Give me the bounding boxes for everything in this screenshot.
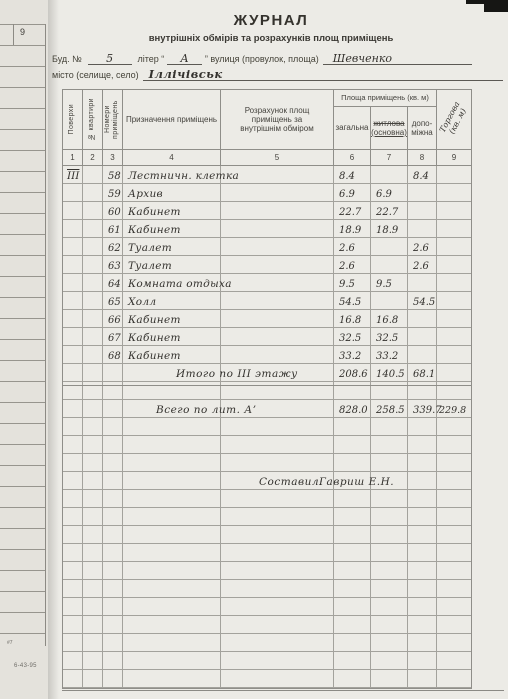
letter-field: А bbox=[167, 53, 202, 65]
header-area-group: Площа приміщень (кв. м) bbox=[334, 90, 437, 107]
table-row: III 58 Лестничн. клетка 8.4 8.4 bbox=[63, 166, 471, 184]
header-calculation: Розрахунок площ приміщень за внутрішнім … bbox=[221, 90, 334, 149]
table-row-empty bbox=[63, 382, 471, 400]
area-total: 32.5 bbox=[334, 332, 361, 345]
table-row: 64 Комната отдыха 9.5 9.5 bbox=[63, 274, 471, 292]
form-line-building: Буд. № 5 літер “ А ” вулиця (провулок, п… bbox=[52, 53, 472, 65]
table-row-empty bbox=[63, 670, 471, 688]
header-purpose-label: Призначення приміщень bbox=[126, 115, 217, 124]
table-row-empty bbox=[63, 652, 471, 670]
area-total: 2.6 bbox=[334, 242, 355, 255]
form-code: 6-43-95 bbox=[14, 663, 37, 669]
table-row: 61 Кабинет 18.9 18.9 bbox=[63, 220, 471, 238]
area-aux: 2.6 bbox=[408, 242, 429, 255]
col-num-8: 8 bbox=[408, 150, 437, 165]
compiled-by-name: Гавриш Е.Н. bbox=[319, 476, 394, 488]
room-number: 66 bbox=[103, 314, 121, 327]
city-label: місто (селище, село) bbox=[52, 70, 139, 81]
room-number: 64 bbox=[103, 278, 121, 291]
room-purpose: Туалет bbox=[123, 260, 172, 273]
page-number: 9 bbox=[20, 27, 25, 37]
table-row-empty bbox=[63, 436, 471, 454]
journal-title: ЖУРНАЛ bbox=[48, 12, 494, 29]
building-number-field: 5 bbox=[88, 53, 132, 65]
letter-label: літер “ bbox=[138, 54, 165, 65]
area-main: 6.9 bbox=[371, 188, 392, 201]
header-area-aux-label: допо-міжна bbox=[410, 119, 434, 137]
floor-value: III bbox=[63, 170, 79, 183]
area-total: 18.9 bbox=[334, 224, 361, 237]
table-row-empty bbox=[63, 490, 471, 508]
table-row-empty bbox=[63, 454, 471, 472]
col-num-2: 2 bbox=[83, 150, 103, 165]
area-main: 32.5 bbox=[371, 332, 398, 345]
area-aux: 2.6 bbox=[408, 260, 429, 273]
grand-total-label: Всего по лит. А’ bbox=[156, 404, 257, 416]
table-row-empty bbox=[63, 544, 471, 562]
room-number: 63 bbox=[103, 260, 121, 273]
table-row-empty bbox=[63, 418, 471, 436]
table-row: 62 Туалет 2.6 2.6 bbox=[63, 238, 471, 256]
area-total: 16.8 bbox=[334, 314, 361, 327]
header-room-label: Номери приміщень bbox=[104, 90, 120, 149]
room-purpose: Кабинет bbox=[123, 350, 181, 363]
header-trade-handwritten: Торгова(кв. м) bbox=[438, 100, 470, 138]
header-area-total-label: загальна bbox=[335, 123, 368, 132]
room-number: 67 bbox=[103, 332, 121, 345]
grand-total-trade: 229.8 bbox=[437, 404, 466, 417]
subtotal-main: 140.5 bbox=[371, 368, 405, 381]
col-num-7: 7 bbox=[371, 150, 408, 165]
header-area-living-label: житлова(основна) bbox=[371, 119, 407, 137]
living-main-label: (основна) bbox=[371, 128, 407, 137]
table-row: 63 Туалет 2.6 2.6 bbox=[63, 256, 471, 274]
header-area-total: загальна bbox=[334, 107, 371, 149]
street-value: Шевченко bbox=[333, 52, 392, 65]
header-floors: Поверхи bbox=[63, 90, 83, 149]
header-floors-label: Поверхи bbox=[68, 102, 76, 136]
room-purpose: Кабинет bbox=[123, 206, 181, 219]
table-row-empty bbox=[63, 508, 471, 526]
scan-corner-mark bbox=[484, 0, 508, 12]
area-main: 22.7 bbox=[371, 206, 398, 219]
room-purpose: Туалет bbox=[123, 242, 172, 255]
col-num-4: 4 bbox=[123, 150, 221, 165]
area-total: 33.2 bbox=[334, 350, 361, 363]
col-num-5: 5 bbox=[221, 150, 334, 165]
room-purpose: Холл bbox=[123, 296, 156, 309]
table-row-empty bbox=[63, 562, 471, 580]
col-num-3: 3 bbox=[103, 150, 123, 165]
header-apartment-label: № квартири bbox=[88, 96, 96, 142]
table-header: Поверхи № квартири Номери приміщень Приз… bbox=[63, 90, 471, 150]
area-aux: 8.4 bbox=[408, 170, 429, 183]
journal-page: ЖУРНАЛ внутрішніх обмірів та розрахунків… bbox=[48, 0, 508, 699]
area-total: 8.4 bbox=[334, 170, 355, 183]
header-room-number: Номери приміщень bbox=[103, 90, 123, 149]
page-bottom-edge bbox=[62, 690, 504, 691]
living-struck-label: житлова bbox=[373, 119, 404, 128]
table-row: 68 Кабинет 33.2 33.2 bbox=[63, 346, 471, 364]
journal-subtitle: внутрішніх обмірів та розрахунків площ п… bbox=[48, 33, 494, 44]
table-row: 67 Кабинет 32.5 32.5 bbox=[63, 328, 471, 346]
subtotal-label: Итого по III этажу bbox=[176, 368, 298, 380]
table-row-empty bbox=[63, 616, 471, 634]
underlying-grid-vline bbox=[45, 24, 46, 646]
room-number: 61 bbox=[103, 224, 121, 237]
underlying-grid-vline-small bbox=[13, 24, 14, 45]
form-line-city: місто (селище, село) Іллічівськ bbox=[52, 68, 503, 81]
area-main: 33.2 bbox=[371, 350, 398, 363]
street-field: Шевченко bbox=[323, 53, 472, 65]
compiled-by-row: Составил: Гавриш Е.Н. bbox=[63, 472, 471, 490]
subtotal-row: 208.6 140.5 68.1 Итого по III этажу bbox=[63, 364, 471, 382]
subtotal-total: 208.6 bbox=[334, 368, 368, 381]
area-main: 9.5 bbox=[371, 278, 392, 291]
city-field: Іллічівськ bbox=[143, 68, 503, 81]
room-number: 59 bbox=[103, 188, 121, 201]
room-number: 62 bbox=[103, 242, 121, 255]
table-row: 66 Кабинет 16.8 16.8 bbox=[63, 310, 471, 328]
area-main: 16.8 bbox=[371, 314, 398, 327]
grand-total-total: 828.0 bbox=[334, 404, 368, 417]
area-total: 22.7 bbox=[334, 206, 361, 219]
room-number: 65 bbox=[103, 296, 121, 309]
col-num-6: 6 bbox=[334, 150, 371, 165]
table-row-empty bbox=[63, 634, 471, 652]
room-purpose: Кабинет bbox=[123, 332, 181, 345]
underlying-page-strip: 9 #7 6-43-95 bbox=[0, 0, 48, 699]
city-value: Іллічівськ bbox=[149, 67, 223, 81]
col-num-9: 9 bbox=[437, 150, 471, 165]
table-row-empty bbox=[63, 598, 471, 616]
area-total: 2.6 bbox=[334, 260, 355, 273]
table-row: 60 Кабинет 22.7 22.7 bbox=[63, 202, 471, 220]
room-number: 60 bbox=[103, 206, 121, 219]
building-label: Буд. № bbox=[52, 54, 82, 65]
header-area-group-label: Площа приміщень (кв. м) bbox=[341, 94, 429, 103]
area-aux: 54.5 bbox=[408, 296, 435, 309]
compiled-by-label: Составил: bbox=[259, 476, 323, 488]
room-purpose: Кабинет bbox=[123, 224, 181, 237]
header-area-aux: допо-міжна bbox=[408, 107, 437, 149]
header-calculation-label: Розрахунок площ приміщень за внутрішнім … bbox=[235, 106, 319, 134]
room-purpose: Архив bbox=[123, 188, 163, 201]
area-main: 18.9 bbox=[371, 224, 398, 237]
col-num-1: 1 bbox=[63, 150, 83, 165]
building-number-value: 5 bbox=[106, 52, 113, 65]
column-number-row: 1 2 3 4 5 6 7 8 9 bbox=[63, 150, 471, 166]
area-total: 9.5 bbox=[334, 278, 355, 291]
measurements-table: Поверхи № квартири Номери приміщень Приз… bbox=[62, 89, 472, 689]
room-purpose: Комната отдыха bbox=[123, 278, 232, 291]
header-purpose: Призначення приміщень bbox=[123, 90, 221, 149]
table-row: 65 Холл 54.5 54.5 bbox=[63, 292, 471, 310]
room-purpose: Кабинет bbox=[123, 314, 181, 327]
area-total: 6.9 bbox=[334, 188, 355, 201]
room-number: 68 bbox=[103, 350, 121, 363]
grand-total-main: 258.5 bbox=[371, 404, 405, 417]
street-label: ” вулиця (провулок, площа) bbox=[205, 54, 319, 65]
room-number: 58 bbox=[103, 170, 121, 183]
letter-value: А bbox=[180, 52, 188, 65]
underlying-grid-lines bbox=[0, 24, 46, 646]
table-body: III 58 Лестничн. клетка 8.4 8.4 59 Архив… bbox=[63, 166, 471, 688]
scanned-journal-page: { "page": { "number": "9", "margin_mark"… bbox=[0, 0, 508, 699]
table-row-empty bbox=[63, 526, 471, 544]
margin-mark: #7 bbox=[7, 640, 13, 646]
header-apartment: № квартири bbox=[83, 90, 103, 149]
area-total: 54.5 bbox=[334, 296, 361, 309]
subtotal-aux: 68.1 bbox=[408, 368, 435, 381]
table-row: 59 Архив 6.9 6.9 bbox=[63, 184, 471, 202]
header-trade: Торгова(кв. м) bbox=[437, 90, 471, 149]
header-area-living: житлова(основна) bbox=[371, 107, 408, 149]
table-row-empty bbox=[63, 580, 471, 598]
grand-total-row: 828.0 258.5 339.7 229.8 Всего по лит. А’ bbox=[63, 400, 471, 418]
